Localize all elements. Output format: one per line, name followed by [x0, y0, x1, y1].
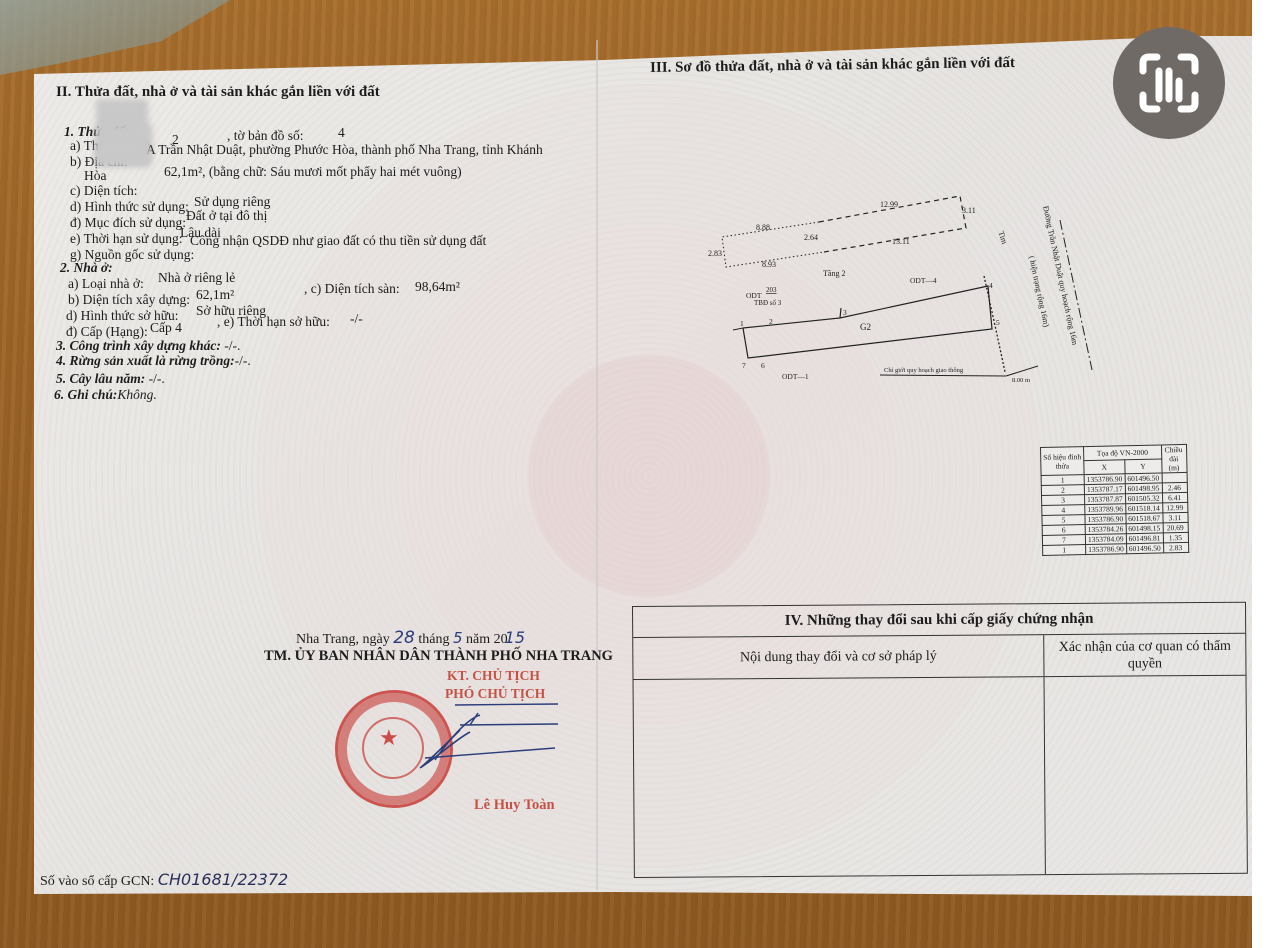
grade-value: Cấp 4 — [150, 319, 182, 336]
notes: 6. Ghi chú:Không. — [54, 386, 157, 403]
y-coordinate: 601496.50 — [1125, 473, 1162, 484]
changes-confirmation-cell — [1045, 676, 1247, 874]
svg-text:6: 6 — [761, 361, 765, 370]
planted-forest: 4. Rừng sản xuất là rừng trồng:-/-. — [56, 352, 251, 369]
x-coordinate: 1353787.87 — [1085, 494, 1126, 505]
issuing-authority: TM. ỦY BAN NHÂN DÂN THÀNH PHỐ NHA TRANG — [264, 648, 613, 665]
coordinate-table: Số hiệu đỉnh thửa Tọa độ VN-2000 Chiều d… — [1040, 444, 1189, 556]
use-purpose-value: Đất ở tại đô thị — [186, 207, 267, 224]
svg-text:3.11: 3.11 — [962, 206, 976, 215]
svg-text:ODT—1: ODT—1 — [782, 372, 809, 381]
svg-text:12.99: 12.99 — [880, 200, 898, 209]
road-centerline — [1058, 220, 1098, 380]
svg-text:Chỉ giới quy hoạch giao thông: Chỉ giới quy hoạch giao thông — [884, 367, 964, 374]
changes-content-cell — [634, 677, 1046, 877]
segment-length: 20.69 — [1163, 522, 1188, 533]
registry-value: CH01681/22372 — [158, 870, 288, 889]
handwritten-signature — [400, 700, 600, 780]
y-coordinate: 601518.67 — [1126, 513, 1163, 524]
redacted-area — [96, 145, 150, 167]
perennial-trees-label: 5. Cây lâu năm: — [56, 371, 145, 386]
svg-text:TBĐ số 3: TBĐ số 3 — [754, 299, 782, 307]
use-term-label: e) Thời hạn sử dụng: — [70, 230, 182, 247]
segment-length: 2.83 — [1163, 542, 1188, 553]
ownership-term-value: -/- — [350, 310, 363, 327]
x-header: X — [1084, 460, 1125, 475]
planted-forest-label: 4. Rừng sản xuất là rừng trồng: — [56, 353, 235, 368]
address-value: A Trần Nhật Duật, phường Phước Hòa, thàn… — [146, 141, 543, 158]
build-area-label: b) Diện tích xây dựng: — [68, 291, 190, 308]
x-coordinate: 1353784.26 — [1085, 524, 1126, 535]
place-date: Nha Trang, ngày 28 tháng 5 năm 2015 — [296, 628, 525, 648]
house-type-label: a) Loại nhà ở: — [68, 275, 144, 292]
svg-text:2.83: 2.83 — [708, 249, 722, 258]
changes-confirmation-header: Xác nhận của cơ quan có thẩm quyền — [1044, 634, 1245, 676]
changes-title: IV. Những thay đổi sau khi cấp giấy chứn… — [633, 603, 1245, 638]
star-icon: ★ — [379, 727, 399, 749]
svg-text:2: 2 — [769, 317, 773, 326]
svg-text:ODT—4: ODT—4 — [910, 276, 937, 285]
changes-table: IV. Những thay đổi sau khi cấp giấy chứn… — [632, 602, 1248, 878]
map-sheet-number: 4 — [338, 124, 345, 141]
svg-text:13.11: 13.11 — [892, 237, 910, 246]
use-form-label: d) Hình thức sử dụng: — [70, 198, 189, 215]
x-coordinate: 1353786.90 — [1086, 544, 1127, 555]
x-coordinate: 1353789.96 — [1085, 504, 1126, 515]
signer-name: Lê Huy Toàn — [474, 797, 555, 814]
floor-area-value: 98,64m² — [415, 278, 460, 295]
vertex-header: Số hiệu đỉnh thửa — [1041, 447, 1085, 476]
x-coordinate: 1353787.17 — [1084, 484, 1125, 495]
use-origin-value: Công nhận QSDĐ như giao đất có thu tiền … — [190, 232, 486, 249]
year-label: năm 20 — [466, 632, 508, 647]
y-coordinate: 601498.15 — [1126, 523, 1163, 534]
planted-forest-value: -/-. — [235, 353, 251, 368]
segment-length: 1.35 — [1163, 532, 1188, 543]
land-plot-diagram: 12.99 3.11 8.88 2.64 13.11 2.83 8.93 Tần… — [700, 180, 1040, 400]
svg-text:3: 3 — [843, 308, 847, 317]
issue-day: 28 — [393, 628, 415, 648]
house-heading: 2. Nhà ở: — [60, 259, 113, 276]
segment-length — [1162, 472, 1187, 483]
notes-value: Không. — [117, 387, 156, 402]
svg-text:Tầng 2: Tầng 2 — [823, 269, 845, 278]
changes-content-header: Nội dung thay đổi và cơ sở pháp lý — [633, 635, 1044, 679]
scan-text-icon — [1113, 27, 1225, 139]
use-purpose-label: đ) Mục đích sử dụng: — [70, 214, 186, 231]
live-text-scan-button[interactable] — [1113, 27, 1225, 139]
y-coordinate: 601518.14 — [1125, 503, 1162, 514]
svg-text:8.00 m: 8.00 m — [1012, 377, 1030, 384]
other-construction-value: -/-. — [221, 338, 241, 353]
y-coordinate: 601496.50 — [1126, 543, 1163, 554]
area-label: c) Diện tích: — [70, 182, 137, 199]
y-coordinate: 601505.32 — [1125, 493, 1162, 504]
svg-text:8.88: 8.88 — [756, 223, 770, 232]
ownership-term-label: , e) Thời hạn sở hữu: — [217, 313, 330, 330]
registry-number: Số vào sổ cấp GCN: CH01681/22372 — [40, 870, 288, 890]
house-type-value: Nhà ở riêng lẻ — [158, 269, 235, 286]
registry-label: Số vào sổ cấp GCN: — [40, 874, 154, 889]
svg-text:203: 203 — [766, 286, 777, 294]
x-coordinate: 1353786.90 — [1085, 514, 1126, 525]
svg-text:2.64: 2.64 — [804, 233, 818, 242]
vertex-id: 1 — [1043, 545, 1086, 556]
y-coordinate: 601496.81 — [1126, 533, 1163, 544]
perennial-trees-value: -/-. — [145, 371, 165, 386]
svg-text:4: 4 — [989, 281, 993, 290]
svg-text:G2: G2 — [860, 322, 871, 332]
svg-text:7: 7 — [742, 361, 746, 370]
segment-length: 12.99 — [1162, 502, 1187, 513]
svg-text:5: 5 — [996, 318, 1000, 327]
x-coordinate: 1353786.90 — [1084, 474, 1125, 485]
perennial-trees: 5. Cây lâu năm: -/-. — [56, 370, 165, 387]
area-value: 62,1m², (bằng chữ: Sáu mươi mốt phẩy hai… — [164, 163, 462, 180]
place-date-prefix: Nha Trang, ngày — [296, 632, 390, 647]
x-coordinate: 1353784.09 — [1085, 534, 1126, 545]
issue-year: 15 — [505, 628, 525, 647]
length-header: Chiều dài (m) — [1161, 444, 1187, 473]
other-construction-label: 3. Công trình xây dựng khác: — [56, 338, 221, 353]
segment-length: 6.41 — [1162, 492, 1187, 503]
notes-label: 6. Ghi chú: — [54, 387, 117, 402]
y-coordinate: 601498.95 — [1125, 483, 1162, 494]
issue-month: 5 — [453, 629, 463, 647]
y-header: Y — [1124, 459, 1161, 474]
svg-text:1: 1 — [740, 319, 744, 328]
svg-text:8.93: 8.93 — [762, 260, 776, 269]
segment-length: 3.11 — [1162, 512, 1187, 523]
signer-role-1: KT. CHỦ TỊCH — [447, 668, 540, 684]
month-label: tháng — [418, 632, 449, 647]
build-area-value: 62,1m² — [196, 286, 234, 303]
floor-area-label: , c) Diện tích sàn: — [304, 280, 400, 297]
segment-length: 2.46 — [1162, 482, 1187, 493]
